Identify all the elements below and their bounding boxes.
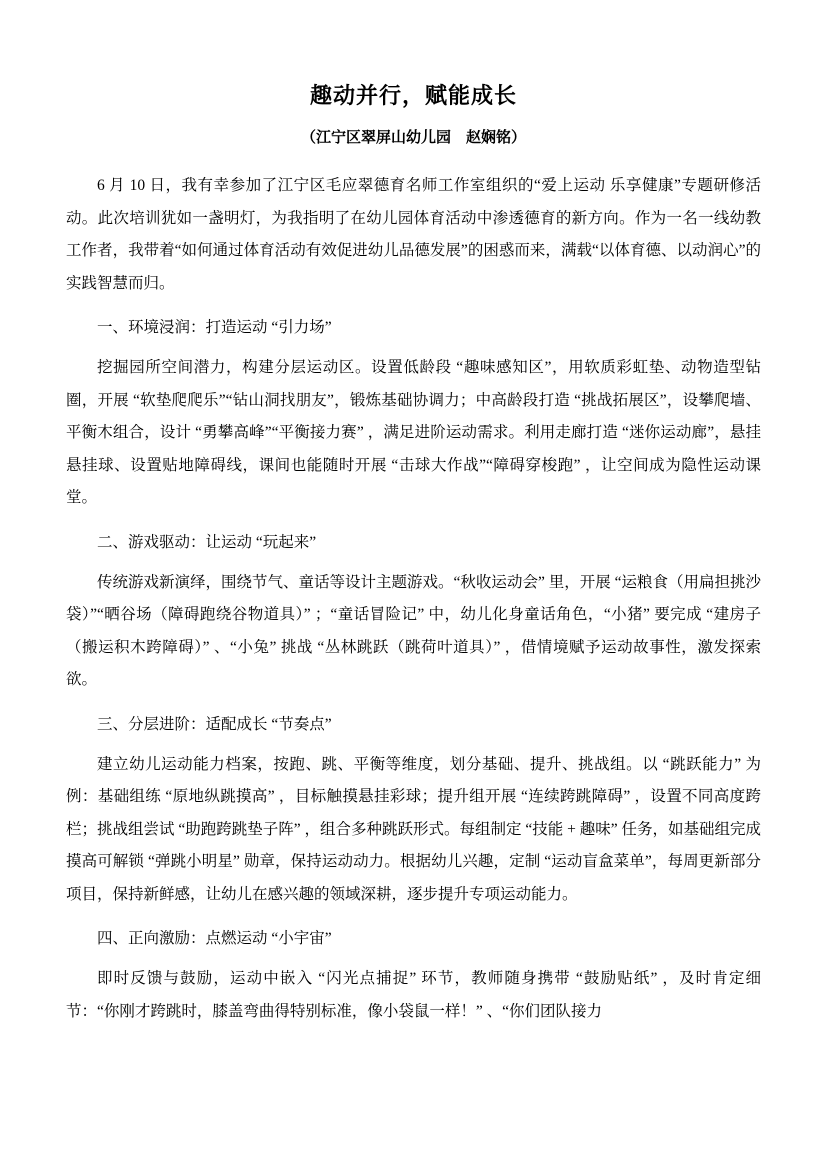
document-body: 6 月 10 日，我有幸参加了江宁区毛应翠德育名师工作室组织的“爱上运动 乐享健… <box>66 170 761 1028</box>
section-2-paragraph: 传统游戏新演绎，围绕节气、童话等设计主题游戏。“秋收运动会” 里，开展 “运粮食… <box>66 567 761 697</box>
document-byline: （江宁区翠屏山幼儿园 赵娴铭） <box>66 128 761 148</box>
section-1-paragraph: 挖掘园所空间潜力，构建分层运动区。设置低龄段 “趣味感知区”，用软质彩虹垫、动物… <box>66 352 761 515</box>
section-4-paragraph: 即时反馈与鼓励，运动中嵌入 “闪光点捕捉” 环节，教师随身携带 “鼓励贴纸” ，… <box>66 963 761 1028</box>
section-heading-2: 二、游戏驱动：让运动 “玩起来” <box>66 527 761 560</box>
section-heading-3: 三、分层进阶：适配成长 “节奏点” <box>66 709 761 742</box>
section-heading-4: 四、正向激励：点燃运动 “小宇宙” <box>66 923 761 956</box>
document-title: 趣动并行，赋能成长 <box>66 82 761 110</box>
document-page: 趣动并行，赋能成长 （江宁区翠屏山幼儿园 赵娴铭） 6 月 10 日，我有幸参加… <box>0 0 827 1170</box>
paragraph-intro: 6 月 10 日，我有幸参加了江宁区毛应翠德育名师工作室组织的“爱上运动 乐享健… <box>66 170 761 300</box>
section-heading-1: 一、环境浸润：打造运动 “引力场” <box>66 312 761 345</box>
section-3-paragraph: 建立幼儿运动能力档案，按跑、跳、平衡等维度，划分基础、提升、挑战组。以 “跳跃能… <box>66 749 761 912</box>
